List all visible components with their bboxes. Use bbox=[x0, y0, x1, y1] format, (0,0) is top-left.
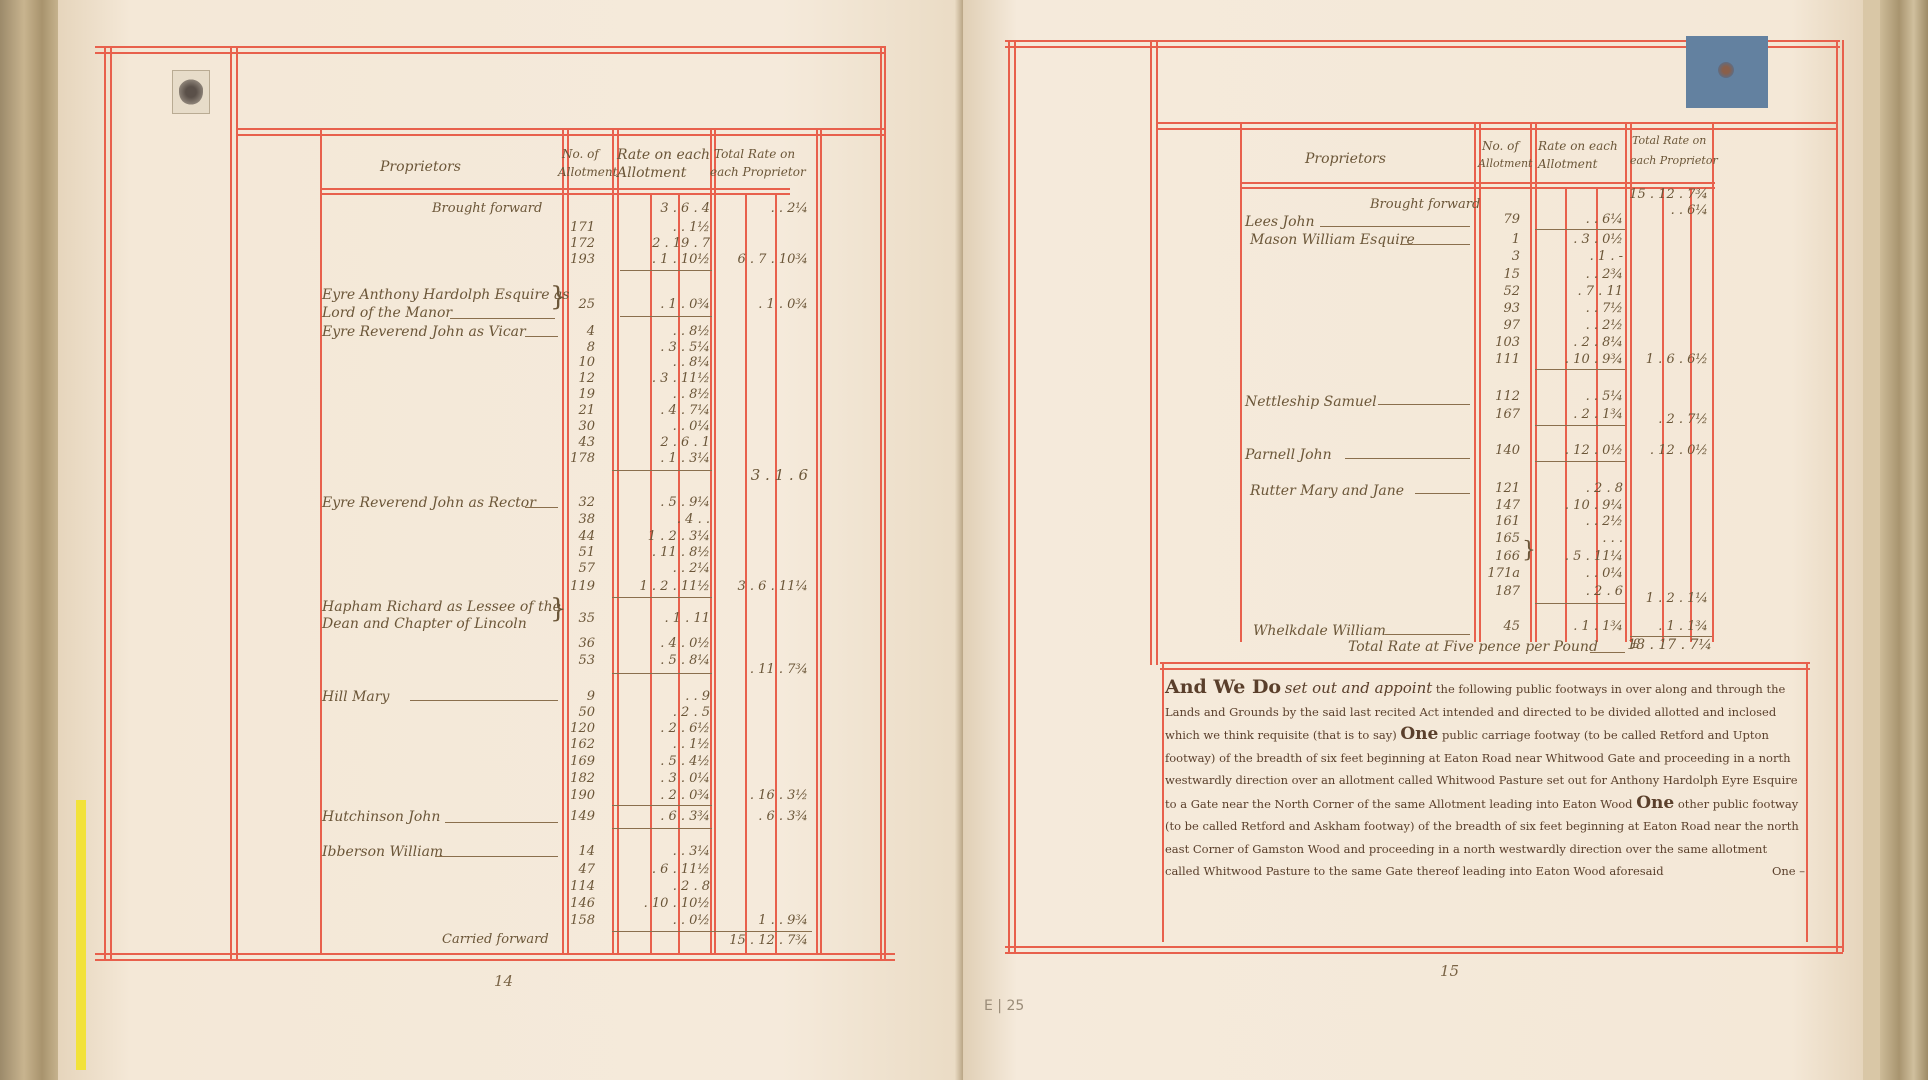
embossed-crest-stamp bbox=[172, 70, 210, 114]
brought-forward-rate: 3 . 6 . 4 bbox=[620, 202, 710, 215]
header-rate-each-2-right: Allotment bbox=[1538, 158, 1597, 170]
brought-forward-total-right: 15 . 12 . 7¾ bbox=[1618, 188, 1708, 201]
seal-icon bbox=[1718, 62, 1734, 78]
header-proprietors-right: Proprietors bbox=[1305, 152, 1386, 166]
prose-line-5: One – bbox=[1772, 860, 1805, 883]
header-no-allotment-1: No. of bbox=[562, 148, 599, 160]
brought-forward-label: Brought forward bbox=[432, 202, 542, 215]
header-proprietors: Proprietors bbox=[380, 160, 461, 174]
carried-forward-label: Carried forward bbox=[442, 933, 549, 946]
crest-icon bbox=[179, 79, 203, 105]
header-no-allotment-2: Allotment bbox=[558, 166, 617, 178]
carried-forward-total: 15 . 12 . 7¾ bbox=[718, 934, 808, 947]
prose-lead: And We Do bbox=[1165, 676, 1281, 698]
header-rate-each-1: Rate on each bbox=[617, 148, 710, 162]
grand-total-value: 18 . 17 . 7¼ bbox=[1622, 638, 1712, 652]
book-edge-right bbox=[1880, 0, 1928, 1080]
prose-one-1: One bbox=[1400, 724, 1438, 744]
header-total-rate-2: each Proprietor bbox=[710, 166, 806, 178]
blue-revenue-stamp bbox=[1686, 36, 1768, 108]
footways-declaration-text: And We Do set out and appoint the follow… bbox=[1165, 676, 1805, 883]
grand-total-label: Total Rate at Five pence per Pound bbox=[1348, 640, 1598, 654]
page-number-left: 14 bbox=[494, 972, 513, 990]
header-total-rate-2-right: each Proprietor bbox=[1630, 155, 1718, 166]
header-rate-each-2: Allotment bbox=[617, 166, 686, 180]
yellow-tab-marker bbox=[76, 800, 86, 1070]
pencil-annotation: E | 25 bbox=[984, 998, 1024, 1014]
header-total-rate-1-right: Total Rate on bbox=[1632, 135, 1706, 146]
brace-icon: } bbox=[1522, 540, 1536, 562]
prose-lead-italic: set out and appoint bbox=[1285, 679, 1433, 697]
header-no-allotment-1-right: No. of bbox=[1482, 140, 1519, 152]
page-number-right: 15 bbox=[1440, 962, 1459, 980]
prose-one-2: One bbox=[1636, 793, 1674, 813]
left-page bbox=[58, 0, 963, 1080]
header-no-allotment-2-right: Allotment bbox=[1478, 158, 1532, 169]
brought-forward-label-right: Brought forward bbox=[1370, 198, 1480, 211]
book-edge-left bbox=[0, 0, 60, 1080]
right-page bbox=[963, 0, 1863, 1080]
header-rate-each-1-right: Rate on each bbox=[1538, 140, 1618, 152]
brought-forward-total: . . 2¼ bbox=[718, 202, 808, 215]
header-total-rate-1: Total Rate on bbox=[714, 148, 795, 160]
prose-line-1: the following public footways in over al… bbox=[1436, 682, 1687, 696]
